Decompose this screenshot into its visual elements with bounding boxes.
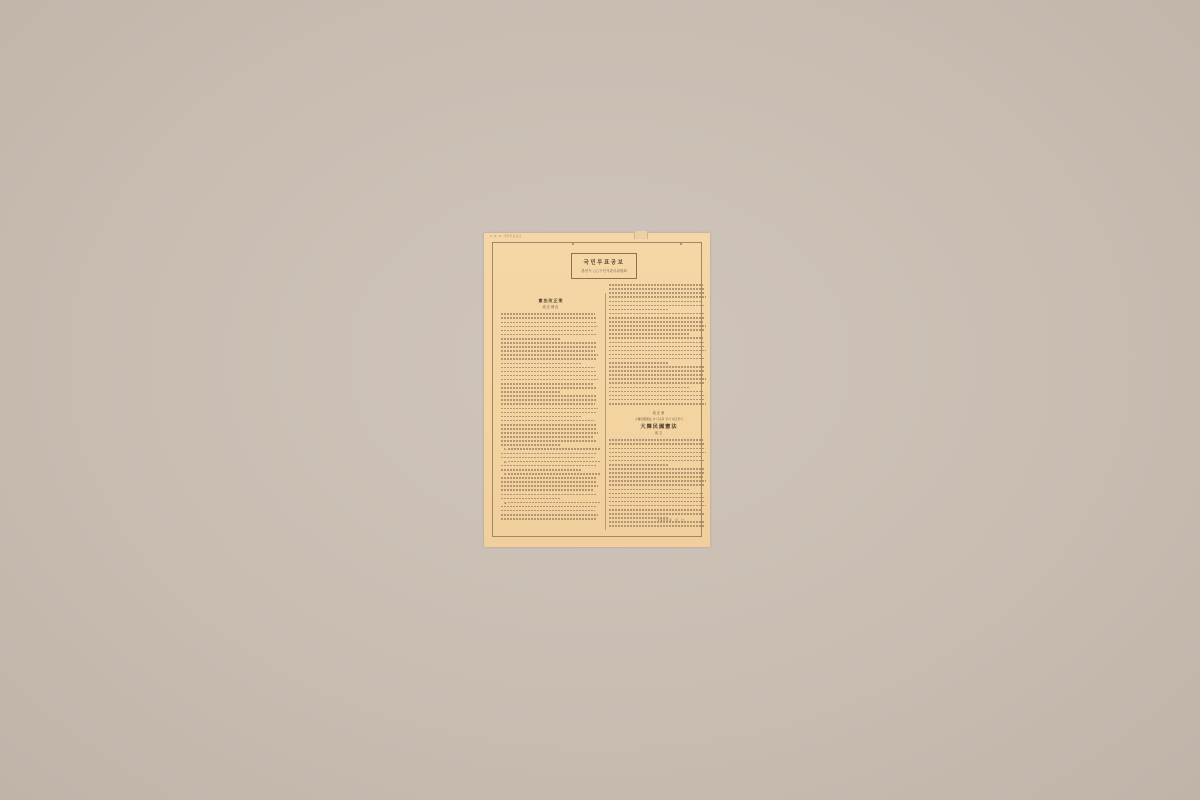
left-column: 憲法改正案 改正理由 1. 2. 3. 4. xyxy=(501,297,601,521)
right-body-text-bottom xyxy=(609,438,709,528)
left-body-text: 1. 2. 3. 4. xyxy=(501,312,601,521)
text-line xyxy=(501,370,601,374)
text-line xyxy=(501,410,601,414)
right-column: 改正案 大韓民國憲法 中 다음과 같이 改正한다 大韓民國憲法 前文 xyxy=(609,283,709,528)
referendum-bulletin-sheet: 1. 2. 3. 국민투표공보 국민투표공보 춘천시 ○○구선거관리위원회 憲法… xyxy=(484,233,710,547)
title-box: 국민투표공보 춘천시 ○○구선거관리위원회 xyxy=(571,253,637,279)
text-line xyxy=(501,455,601,459)
text-line xyxy=(609,389,709,393)
text-line xyxy=(501,324,601,328)
text-line xyxy=(609,349,709,353)
text-line xyxy=(609,524,709,528)
paper-notch xyxy=(634,231,648,239)
footer-signature: 1969年 月 日 xyxy=(657,518,685,522)
right-body-text-top xyxy=(609,283,709,406)
document-subtitle: 춘천시 ○○구선거관리위원회 xyxy=(581,269,627,274)
text-line xyxy=(501,517,601,521)
right-mid-note: 大韓民國憲法 中 다음과 같이 改正한다 xyxy=(609,418,709,422)
text-line xyxy=(501,365,601,369)
text-line xyxy=(609,491,709,495)
page-frame: 국민투표공보 춘천시 ○○구선거관리위원회 憲法改正案 改正理由 1. 2. 3… xyxy=(492,242,702,537)
header-note: 1. 2. 3. 국민투표공보 xyxy=(490,234,522,238)
right-subheading: 前文 xyxy=(609,431,709,435)
text-line: 4. xyxy=(501,501,601,505)
document-title: 국민투표공보 xyxy=(584,258,625,266)
text-line xyxy=(609,303,709,307)
column-divider xyxy=(605,293,606,530)
text-line xyxy=(609,450,709,454)
text-line xyxy=(609,344,709,348)
left-subheading: 改正理由 xyxy=(501,305,601,309)
left-heading: 憲法改正案 xyxy=(501,299,601,303)
text-line xyxy=(609,496,709,500)
right-mid-heading: 改正案 xyxy=(609,411,709,415)
text-line xyxy=(609,402,709,406)
right-big-heading: 大韓民國憲法 xyxy=(609,425,709,429)
